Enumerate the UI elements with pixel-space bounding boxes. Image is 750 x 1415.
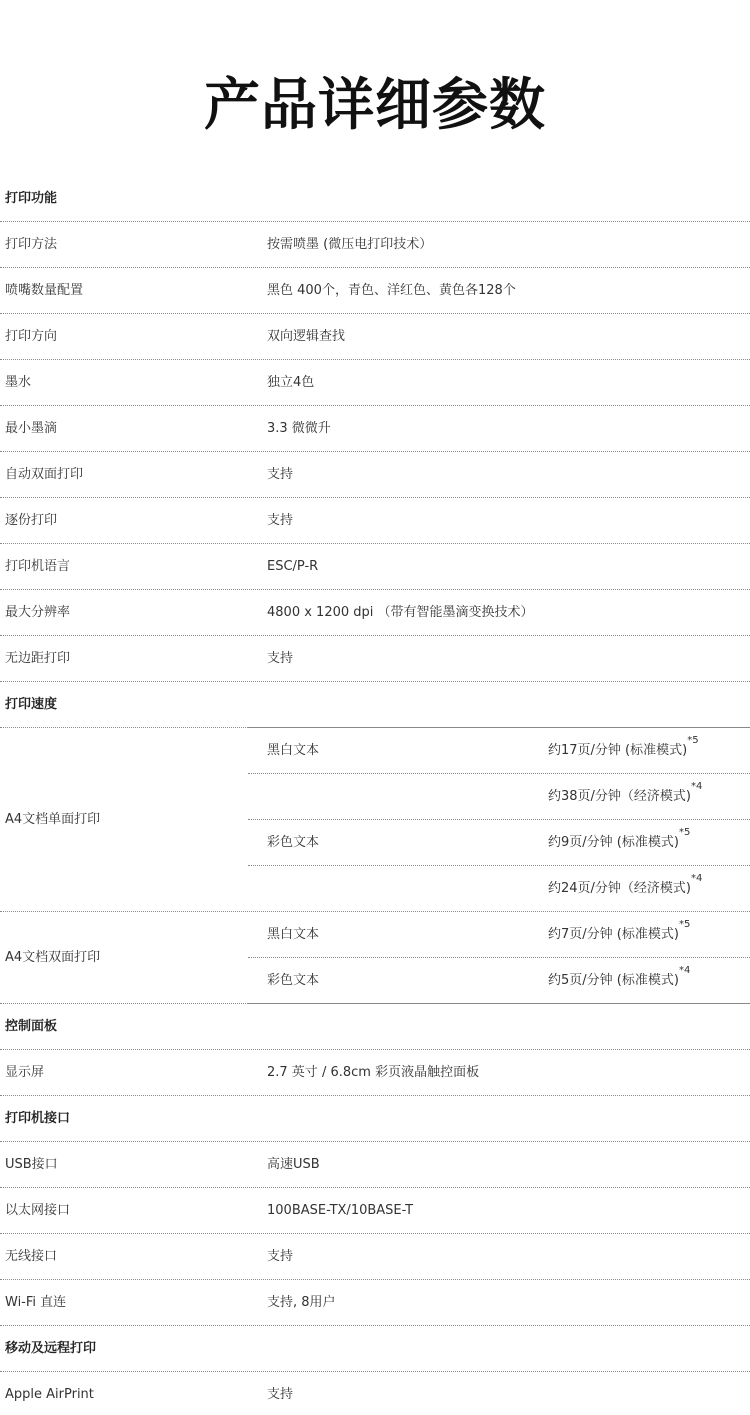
spec-row-wireless: 无线接口 支持	[0, 1234, 750, 1280]
speed-value: 约5页/分钟 (标准模式)*4	[548, 958, 690, 1004]
spec-label: 逐份打印	[5, 498, 57, 544]
spec-label: Apple AirPrint	[5, 1372, 94, 1415]
text-type: 彩色文本	[267, 958, 319, 1004]
speed-row: 黑白文本 约7页/分钟 (标准模式)*5	[248, 912, 750, 958]
spec-row-auto-duplex: 自动双面打印 支持	[0, 452, 750, 498]
speed-group-a4-simplex: A4文档单面打印 黑白文本 约17页/分钟 (标准模式)*5 约38页/分钟（经…	[0, 728, 750, 912]
speed-group-a4-duplex: A4文档双面打印 黑白文本 约7页/分钟 (标准模式)*5 彩色文本 约5页/分…	[0, 912, 750, 1004]
spec-row-collate: 逐份打印 支持	[0, 498, 750, 544]
spec-value: 支持, 8用户	[267, 1280, 336, 1326]
section-title: 打印速度	[5, 682, 57, 728]
section-header-interfaces: 打印机接口	[0, 1096, 750, 1142]
spec-row-ink: 墨水 独立4色	[0, 360, 750, 406]
spec-row-print-direction: 打印方向 双向逻辑查找	[0, 314, 750, 360]
speed-value: 约17页/分钟 (标准模式)*5	[548, 728, 699, 774]
spec-value: 100BASE-TX/10BASE-T	[267, 1188, 413, 1234]
spec-value: 高速USB	[267, 1142, 320, 1188]
spec-value: 按需喷墨 (微压电打印技术）	[267, 222, 432, 268]
spec-label: USB接口	[5, 1142, 58, 1188]
spec-row-min-droplet: 最小墨滴 3.3 微微升	[0, 406, 750, 452]
speed-value: 约7页/分钟 (标准模式)*5	[548, 912, 690, 958]
spec-value: 支持	[267, 498, 293, 544]
section-title: 移动及远程打印	[5, 1326, 96, 1372]
spec-label: Wi-Fi 直连	[5, 1280, 66, 1326]
speed-group-label: A4文档单面打印	[5, 728, 100, 912]
text-type: 彩色文本	[267, 820, 319, 866]
spec-value: 支持	[267, 636, 293, 682]
spec-row-usb: USB接口 高速USB	[0, 1142, 750, 1188]
section-header-print-function: 打印功能	[0, 176, 750, 222]
spec-value: 黑色 400个，青色、洋红色、黄色各128个	[267, 268, 516, 314]
spec-row-print-method: 打印方法 按需喷墨 (微压电打印技术）	[0, 222, 750, 268]
spec-label: 以太网接口	[5, 1188, 70, 1234]
spec-table: 打印功能 打印方法 按需喷墨 (微压电打印技术） 喷嘴数量配置 黑色 400个，…	[0, 176, 750, 1415]
spec-value: ESC/P-R	[267, 544, 318, 590]
speed-row: 彩色文本 约5页/分钟 (标准模式)*4	[248, 958, 750, 1004]
spec-value: 支持	[267, 1372, 293, 1415]
spec-value: 支持	[267, 452, 293, 498]
spec-label: 最大分辨率	[5, 590, 70, 636]
spec-value: 2.7 英寸 / 6.8cm 彩页液晶触控面板	[267, 1050, 479, 1096]
section-header-control-panel: 控制面板	[0, 1004, 750, 1050]
spec-row-borderless: 无边距打印 支持	[0, 636, 750, 682]
spec-label: 打印方法	[5, 222, 57, 268]
section-title: 控制面板	[5, 1004, 57, 1050]
section-title: 打印机接口	[5, 1096, 70, 1142]
spec-label: 打印方向	[5, 314, 57, 360]
spec-label: 无线接口	[5, 1234, 57, 1280]
footnote: *4	[691, 781, 702, 792]
speed-row: 彩色文本 约9页/分钟 (标准模式)*5	[248, 820, 750, 866]
speed-group-label: A4文档双面打印	[5, 912, 100, 1004]
spec-row-airprint: Apple AirPrint 支持	[0, 1372, 750, 1415]
spec-label: 最小墨滴	[5, 406, 57, 452]
speed-row: 约38页/分钟（经济模式)*4	[248, 774, 750, 820]
spec-row-wifi-direct: Wi-Fi 直连 支持, 8用户	[0, 1280, 750, 1326]
spec-row-nozzles: 喷嘴数量配置 黑色 400个，青色、洋红色、黄色各128个	[0, 268, 750, 314]
footnote: *4	[691, 873, 702, 884]
spec-row-max-resolution: 最大分辨率 4800 x 1200 dpi （带有智能墨滴变换技术）	[0, 590, 750, 636]
footnote: *5	[687, 735, 698, 746]
spec-label: 自动双面打印	[5, 452, 83, 498]
spec-row-printer-language: 打印机语言 ESC/P-R	[0, 544, 750, 590]
section-title: 打印功能	[5, 176, 57, 222]
footnote: *5	[679, 827, 690, 838]
footnote: *4	[679, 965, 690, 976]
spec-label: 打印机语言	[5, 544, 70, 590]
spec-row-ethernet: 以太网接口 100BASE-TX/10BASE-T	[0, 1188, 750, 1234]
speed-row: 黑白文本 约17页/分钟 (标准模式)*5	[248, 728, 750, 774]
spec-value: 支持	[267, 1234, 293, 1280]
spec-label: 墨水	[5, 360, 31, 406]
text-type: 黑白文本	[267, 912, 319, 958]
text-type: 黑白文本	[267, 728, 319, 774]
section-header-print-speed: 打印速度	[0, 682, 750, 728]
speed-row: 约24页/分钟（经济模式)*4	[248, 866, 750, 912]
spec-value: 3.3 微微升	[267, 406, 331, 452]
speed-value: 约9页/分钟 (标准模式)*5	[548, 820, 690, 866]
speed-value: 约38页/分钟（经济模式)*4	[548, 774, 702, 820]
footnote: *5	[679, 919, 690, 930]
spec-value: 独立4色	[267, 360, 314, 406]
page-title: 产品详细参数	[0, 72, 750, 140]
spec-value: 4800 x 1200 dpi （带有智能墨滴变换技术）	[267, 590, 534, 636]
spec-label: 无边距打印	[5, 636, 70, 682]
spec-row-display: 显示屏 2.7 英寸 / 6.8cm 彩页液晶触控面板	[0, 1050, 750, 1096]
spec-label: 喷嘴数量配置	[5, 268, 83, 314]
speed-value: 约24页/分钟（经济模式)*4	[548, 866, 702, 912]
spec-label: 显示屏	[5, 1050, 44, 1096]
section-header-mobile-printing: 移动及远程打印	[0, 1326, 750, 1372]
spec-value: 双向逻辑查找	[267, 314, 345, 360]
